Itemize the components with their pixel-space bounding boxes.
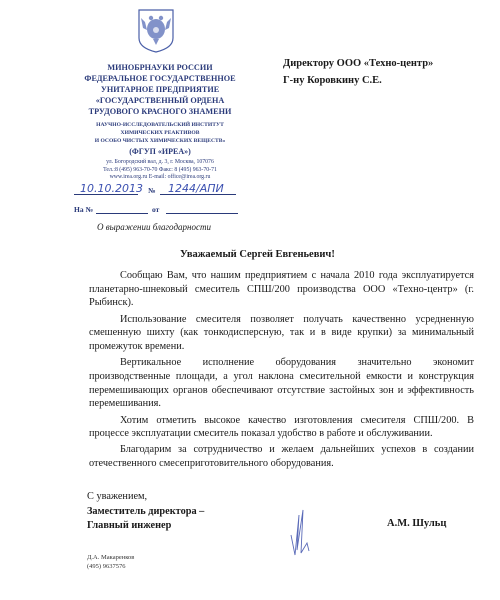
addressee-name: Г-ну Коровкину С.Е. bbox=[283, 72, 433, 89]
subject: О выражении благодарности bbox=[97, 222, 211, 232]
paragraph: Вертикальное исполнение оборудования зна… bbox=[89, 356, 474, 411]
letter-body: Сообщаю Вам, что нашим предприятием с на… bbox=[89, 269, 474, 473]
greeting: Уважаемый Сергей Евгеньевич! bbox=[180, 249, 335, 260]
letterhead-line: ХИМИЧЕСКИХ РЕАКТИВОВ bbox=[60, 129, 260, 137]
paragraph: Сообщаю Вам, что нашим предприятием с на… bbox=[89, 269, 474, 310]
signer-position-1: Заместитель директора – bbox=[87, 505, 204, 520]
reply-number-line bbox=[96, 213, 148, 214]
closing: С уважением, Заместитель директора – Гла… bbox=[87, 490, 204, 534]
from-label: от bbox=[152, 205, 159, 214]
letterhead-institute: НАУЧНО-ИССЛЕДОВАТЕЛЬСКИЙ ИНСТИТУТ ХИМИЧЕ… bbox=[60, 121, 260, 157]
letterhead-line: УНИТАРНОЕ ПРЕДПРИЯТИЕ bbox=[60, 84, 260, 95]
letterhead-line: «ГОСУДАРСТВЕННЫЙ ОРДЕНА bbox=[60, 95, 260, 106]
executor: Д.А. Макаренков (495) 9637576 bbox=[87, 554, 134, 571]
signer-name: А.М. Шульц bbox=[387, 518, 446, 529]
web-email: www.irea.org.ru E-mail: office@irea.org.… bbox=[60, 174, 260, 182]
addressee: Директору ООО «Техно-центр» Г-ну Коровки… bbox=[283, 55, 433, 89]
letterhead-org-name: МИНОБРНАУКИ РОССИИ ФЕДЕРАЛЬНОЕ ГОСУДАРСТ… bbox=[60, 62, 260, 117]
paragraph: Использование смесителя позволяет получа… bbox=[89, 313, 474, 354]
reply-date-line bbox=[166, 213, 238, 214]
signer-position-2: Главный инженер bbox=[87, 519, 204, 534]
number-label: № bbox=[148, 186, 156, 195]
paragraph: Хотим отметить высокое качество изготовл… bbox=[89, 414, 474, 441]
executor-name: Д.А. Макаренков bbox=[87, 554, 134, 563]
letterhead-line: И ОСОБО ЧИСТЫХ ХИМИЧЕСКИХ ВЕЩЕСТВ» bbox=[60, 137, 260, 145]
regards: С уважением, bbox=[87, 490, 204, 505]
address: ул. Богородский вал, д. 3, г. Москва, 10… bbox=[60, 159, 260, 167]
letterhead-contacts: ул. Богородский вал, д. 3, г. Москва, 10… bbox=[60, 159, 260, 182]
letterhead-line: НАУЧНО-ИССЛЕДОВАТЕЛЬСКИЙ ИНСТИТУТ bbox=[60, 121, 260, 129]
executor-phone: (495) 9637576 bbox=[87, 563, 134, 572]
letterhead-line: МИНОБРНАУКИ РОССИИ bbox=[60, 62, 260, 73]
addressee-position: Директору ООО «Техно-центр» bbox=[283, 55, 433, 72]
paragraph: Благодарим за сотрудничество и желаем да… bbox=[89, 443, 474, 470]
phones: Тел.:8 (495) 963-70-70 Факс: 8 (495) 963… bbox=[60, 167, 260, 175]
registration-date: 10.10.2013 bbox=[80, 182, 143, 195]
russian-coat-of-arms-icon bbox=[137, 8, 175, 54]
registration-number: 1244/АПИ bbox=[168, 182, 224, 195]
letterhead-abbrev: (ФГУП «ИРЕА») bbox=[60, 146, 260, 157]
letterhead-line: ФЕДЕРАЛЬНОЕ ГОСУДАРСТВЕННОЕ bbox=[60, 73, 260, 84]
handwritten-signature-icon bbox=[285, 505, 315, 560]
letterhead-line: ТРУДОВОГО КРАСНОГО ЗНАМЕНИ bbox=[60, 106, 260, 117]
reply-to-label: На № bbox=[74, 205, 93, 214]
